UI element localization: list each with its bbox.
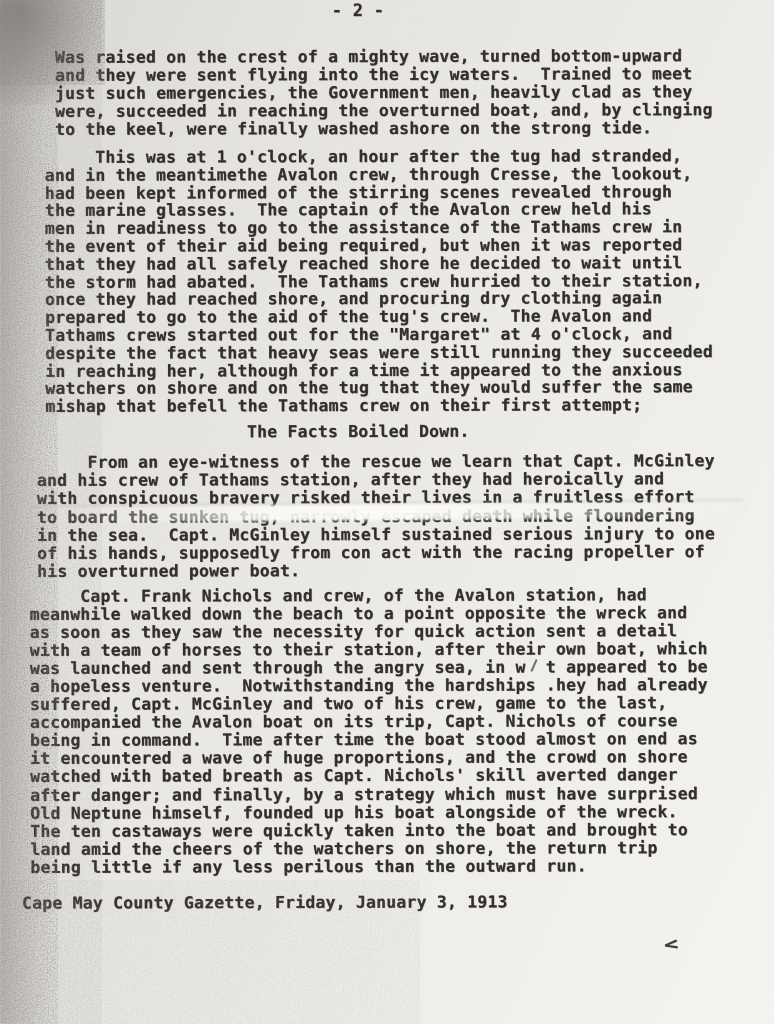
- page-number: - 2 -: [0, 1, 716, 21]
- paragraph-4: Capt. Frank Nichols and crew, of the Ava…: [30, 586, 709, 877]
- paragraph-1: Was raised on the crest of a mighty wave…: [55, 47, 713, 139]
- handwritten-arrow-icon: <: [663, 935, 680, 955]
- citation: Cape May County Gazette, Friday, January…: [22, 893, 508, 912]
- section-heading: The Facts Boiled Down.: [247, 423, 470, 442]
- paragraph-2: This was at 1 o'clock, an hour after the…: [45, 147, 713, 416]
- scanned-document-page: - 2 - Was raised on the crest of a might…: [0, 0, 774, 1024]
